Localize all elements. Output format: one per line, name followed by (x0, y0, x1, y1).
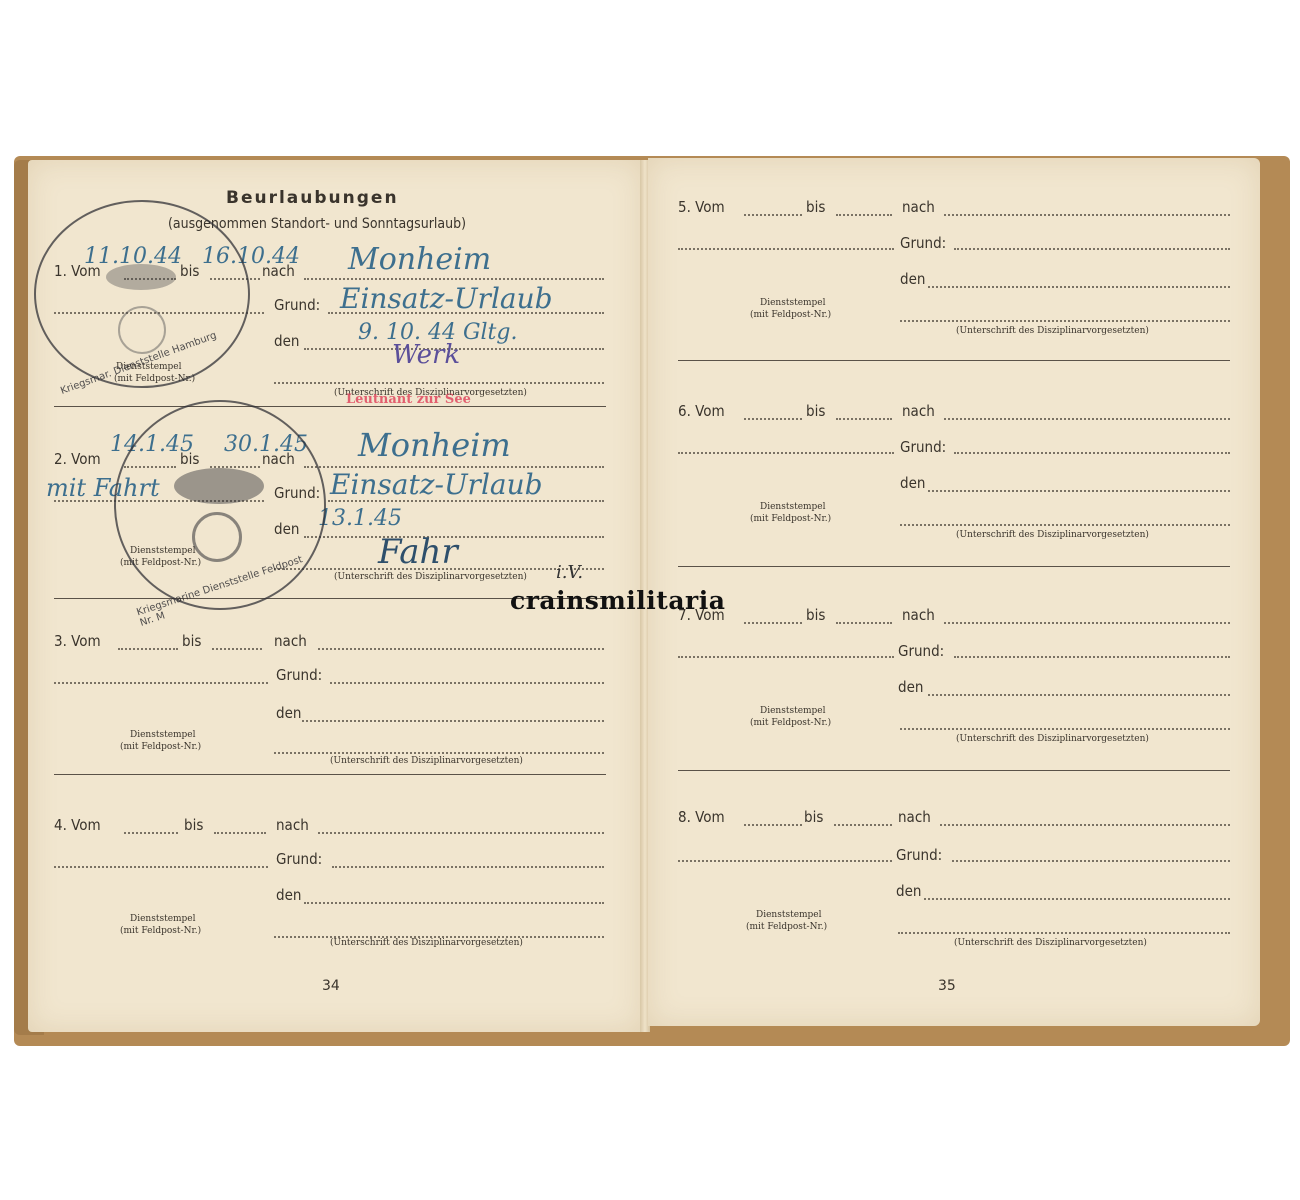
red-rank-stamp: Leutnant zur See (346, 392, 471, 407)
vom-label: Vom (695, 808, 724, 826)
den-label: den (900, 270, 925, 288)
stamp-sublabel: (mit Feldpost-Nr.) (120, 926, 201, 936)
vom-label: Vom (695, 402, 724, 420)
stamp-sublabel: (mit Feldpost-Nr.) (746, 922, 827, 932)
page-number: 34 (322, 978, 340, 994)
bis-field[interactable] (834, 824, 892, 826)
extra-field[interactable] (678, 452, 894, 454)
entry-divider (678, 770, 1230, 771)
stamp-label: Dienststempel (756, 910, 822, 920)
grund-label: Grund: (900, 234, 946, 252)
nach-label: nach (898, 808, 931, 826)
eagle-emblem-icon (174, 468, 264, 504)
signature-field[interactable] (900, 524, 1230, 526)
bis-label: bis (806, 606, 825, 624)
watermark: crainsmilitaria (510, 586, 725, 615)
page-title: Beurlaubungen (226, 188, 399, 208)
right-page: 5. Vom bis nach Grund: den Dienststempel… (648, 158, 1260, 1026)
stamp-label: Dienststempel (130, 730, 196, 740)
extra-field[interactable] (54, 682, 268, 684)
entry-number: 6. (678, 402, 691, 420)
den-field[interactable] (304, 902, 604, 904)
grund-field[interactable] (332, 866, 604, 868)
entry-number: 4. (54, 816, 67, 834)
bis-label: bis (806, 402, 825, 420)
wreath-emblem-icon (192, 512, 242, 562)
vom-label: Vom (71, 816, 100, 834)
grund-label: Grund: (274, 296, 320, 314)
eagle-emblem-icon (106, 264, 176, 290)
stamp-label: Dienststempel (760, 706, 826, 716)
bis-field[interactable] (836, 622, 892, 624)
den-field[interactable] (928, 694, 1230, 696)
vom-field[interactable] (744, 418, 802, 420)
stamp-sublabel: (mit Feldpost-Nr.) (750, 514, 831, 524)
extra-field[interactable] (678, 656, 894, 658)
stamp-sublabel: (mit Feldpost-Nr.) (750, 310, 831, 320)
official-round-stamp: Kriegsmar. Dienststelle Hamburg (34, 200, 250, 388)
stamp-ring-text: Kriegsmar. Dienststelle Hamburg (36, 202, 248, 386)
den-field[interactable] (928, 286, 1230, 288)
bis-field[interactable] (214, 832, 266, 834)
entry-number: 8. (678, 808, 691, 826)
vom-field[interactable] (744, 824, 802, 826)
signature-label: (Unterschrift des Disziplinarvorgesetzte… (334, 572, 527, 582)
grund-field[interactable] (954, 248, 1230, 250)
bis-label: bis (184, 816, 203, 834)
handwritten-den: 13.1.45 (318, 506, 402, 531)
den-label: den (896, 882, 921, 900)
extra-field[interactable] (54, 866, 268, 868)
handwritten-grund: Einsatz-Urlaub (330, 468, 543, 501)
grund-field[interactable] (330, 682, 604, 684)
den-label: den (276, 886, 301, 904)
grund-field[interactable] (954, 452, 1230, 454)
extra-field[interactable] (678, 860, 892, 862)
signature-label: (Unterschrift des Disziplinarvorgesetzte… (330, 756, 523, 766)
stamp-sublabel: (mit Feldpost-Nr.) (750, 718, 831, 728)
entry-number: 5. (678, 198, 691, 216)
handwritten-signature: Fahr (378, 532, 458, 572)
signature-field[interactable] (274, 382, 604, 384)
grund-label: Grund: (276, 850, 322, 868)
den-label: den (276, 704, 301, 722)
signature-label: (Unterschrift des Disziplinarvorgesetzte… (956, 326, 1149, 336)
entry-number: 3. (54, 632, 67, 650)
signature-label: (Unterschrift des Disziplinarvorgesetzte… (330, 938, 523, 948)
den-field[interactable] (928, 490, 1230, 492)
nach-field[interactable] (944, 418, 1230, 420)
signature-label: (Unterschrift des Disziplinarvorgesetzte… (956, 734, 1149, 744)
signature-label: (Unterschrift des Disziplinarvorgesetzte… (954, 938, 1147, 948)
handwritten-grund: Einsatz-Urlaub (340, 282, 553, 315)
vom-field[interactable] (124, 832, 178, 834)
vom-label: Vom (695, 198, 724, 216)
signature-field[interactable] (274, 752, 604, 754)
wreath-emblem-icon (118, 306, 166, 354)
bis-label: bis (804, 808, 823, 826)
signature-field[interactable] (898, 932, 1230, 934)
den-label: den (274, 332, 299, 350)
nach-field[interactable] (944, 622, 1230, 624)
bis-field[interactable] (836, 418, 892, 420)
stamp-label: Dienststempel (760, 298, 826, 308)
grund-label: Grund: (900, 438, 946, 456)
nach-label: nach (276, 816, 309, 834)
den-field[interactable] (924, 898, 1230, 900)
entry-divider (54, 774, 606, 775)
extra-field[interactable] (678, 248, 894, 250)
vom-label: Vom (71, 450, 100, 468)
handwritten-signature: Werk (392, 340, 460, 370)
grund-field[interactable] (954, 656, 1230, 658)
nach-field[interactable] (318, 832, 604, 834)
nach-field[interactable] (304, 278, 604, 280)
iv-annotation: i.V. (556, 562, 583, 583)
signature-field[interactable] (900, 320, 1230, 322)
nach-field[interactable] (940, 824, 1230, 826)
page-number: 35 (938, 978, 956, 994)
nach-field[interactable] (944, 214, 1230, 216)
vom-label: Vom (71, 632, 100, 650)
vom-field[interactable] (118, 648, 178, 650)
nach-label: nach (902, 198, 935, 216)
nach-label: nach (902, 606, 935, 624)
grund-label: Grund: (276, 666, 322, 684)
grund-label: Grund: (896, 846, 942, 864)
entry-number: 2. (54, 450, 67, 468)
bis-label: bis (182, 632, 201, 650)
vom-field[interactable] (744, 622, 802, 624)
bis-field[interactable] (212, 648, 262, 650)
nach-label: nach (902, 402, 935, 420)
stamp-sublabel: (mit Feldpost-Nr.) (120, 742, 201, 752)
signature-field[interactable] (900, 728, 1230, 730)
stamp-ring-text: Kriegsmarine Dienststelle Feldpost Nr. M (116, 402, 324, 608)
handwritten-nach: Monheim (348, 242, 491, 277)
grund-label: Grund: (898, 642, 944, 660)
bis-label: bis (806, 198, 825, 216)
den-label: den (898, 678, 923, 696)
grund-field[interactable] (952, 860, 1230, 862)
nach-label: nach (274, 632, 307, 650)
nach-field[interactable] (318, 648, 604, 650)
signature-label: (Unterschrift des Disziplinarvorgesetzte… (956, 530, 1149, 540)
stamp-label: Dienststempel (760, 502, 826, 512)
den-field[interactable] (302, 720, 604, 722)
stamp-label: Dienststempel (130, 914, 196, 924)
official-round-stamp: Kriegsmarine Dienststelle Feldpost Nr. M (114, 400, 326, 610)
vom-field[interactable] (744, 214, 802, 216)
entry-divider (678, 360, 1230, 361)
den-label: den (900, 474, 925, 492)
handwritten-nach: Monheim (358, 426, 511, 464)
bis-field[interactable] (836, 214, 892, 216)
entry-divider (678, 566, 1230, 567)
